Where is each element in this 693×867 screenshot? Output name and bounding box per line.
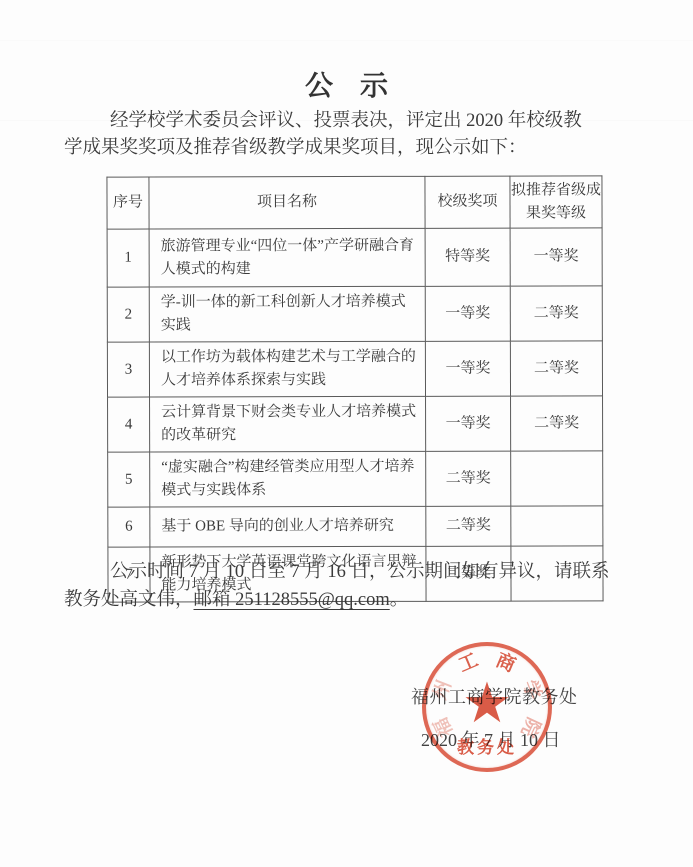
row-school-award: 一等奖 (426, 396, 511, 451)
row-project-name: 旅游管理专业“四位一体”产学研融合育人模式的构建 (149, 228, 425, 287)
table-row: 5 “虚实融合”构建经管类应用型人才培养模式与实践体系 二等奖 (108, 451, 603, 507)
signature-date: 2020 年 7 月 10 日 (421, 726, 561, 752)
row-school-award: 二等奖 (426, 506, 511, 546)
header-school-award: 校级奖项 (425, 176, 510, 228)
row-school-award: 一等奖 (425, 341, 510, 396)
closing-period: 。 (390, 590, 409, 610)
signature-organization: 福州工商学院教务处 (411, 683, 578, 709)
row-project-name: 基于 OBE 导向的创业人才培养研究 (150, 506, 426, 547)
header-project-name: 项目名称 (149, 176, 425, 229)
intro-line-1: 经学校学术委员会评议、投票表决，评定出 2020 年校级教 (64, 108, 632, 135)
table-row: 6 基于 OBE 导向的创业人才培养研究 二等奖 (108, 506, 603, 547)
awards-table: 序号 项目名称 校级奖项 拟推荐省级成果奖等级 1 旅游管理专业“四位一体”产学… (106, 175, 603, 602)
contact-email: 邮箱 251128555@qq.com (194, 590, 390, 610)
row-provincial-award: 二等奖 (511, 396, 603, 451)
table-row: 4 云计算背景下财会类专业人才培养模式的改革研究 一等奖 二等奖 (108, 396, 603, 452)
notice-title: 公 示 (0, 64, 693, 104)
row-school-award: 一等奖 (425, 286, 510, 341)
intro-paragraph: 经学校学术委员会评议、投票表决，评定出 2020 年校级教 学成果奖奖项及推荐省… (64, 108, 632, 162)
row-provincial-award: 一等奖 (510, 228, 602, 286)
notice-document: 公 示 经学校学术委员会评议、投票表决，评定出 2020 年校级教 学成果奖奖项… (0, 0, 693, 867)
row-provincial-award (511, 451, 603, 506)
row-project-name: 以工作坊为载体构建艺术与工学融合的人才培养体系探索与实践 (149, 341, 425, 397)
row-school-award: 二等奖 (426, 451, 511, 506)
seal-arc-char: 商 (490, 648, 521, 679)
row-school-award: 特等奖 (425, 228, 510, 286)
table-header-row: 序号 项目名称 校级奖项 拟推荐省级成果奖等级 (107, 176, 602, 229)
row-project-name: “虚实融合”构建经管类应用型人才培养模式与实践体系 (150, 451, 426, 507)
closing-line-1: 公示时间 7 月 10 日至 7 月 16 日，公示期间如有异议，请联系 (64, 559, 636, 587)
row-no: 1 (107, 229, 149, 287)
intro-line-2: 学成果奖奖项及推荐省级教学成果奖项目，现公示如下： (64, 135, 632, 162)
row-no: 5 (108, 452, 150, 507)
closing-paragraph: 公示时间 7 月 10 日至 7 月 16 日，公示期间如有异议，请联系 教务处… (64, 559, 636, 614)
table-row: 3 以工作坊为载体构建艺术与工学融合的人才培养体系探索与实践 一等奖 二等奖 (107, 341, 602, 397)
row-provincial-award: 二等奖 (510, 341, 602, 396)
closing-line-2: 教务处高文伟，邮箱 251128555@qq.com。 (64, 587, 636, 615)
row-no: 2 (107, 287, 149, 342)
row-project-name: 学-训一体的新工科创新人才培养模式实践 (149, 286, 425, 342)
seal-arc-char: 工 (453, 648, 484, 679)
row-no: 6 (108, 507, 150, 547)
row-no: 3 (107, 342, 149, 397)
header-provincial-award: 拟推荐省级成果奖等级 (510, 176, 602, 228)
row-no: 4 (108, 397, 150, 452)
table-row: 1 旅游管理专业“四位一体”产学研融合育人模式的构建 特等奖 一等奖 (107, 228, 602, 287)
row-provincial-award (511, 506, 603, 546)
header-no: 序号 (107, 177, 149, 229)
row-project-name: 云计算背景下财会类专业人才培养模式的改革研究 (150, 396, 426, 452)
row-provincial-award: 二等奖 (510, 286, 602, 341)
contact-name: 教务处高文伟， (64, 590, 194, 610)
table-row: 2 学-训一体的新工科创新人才培养模式实践 一等奖 二等奖 (107, 286, 602, 342)
